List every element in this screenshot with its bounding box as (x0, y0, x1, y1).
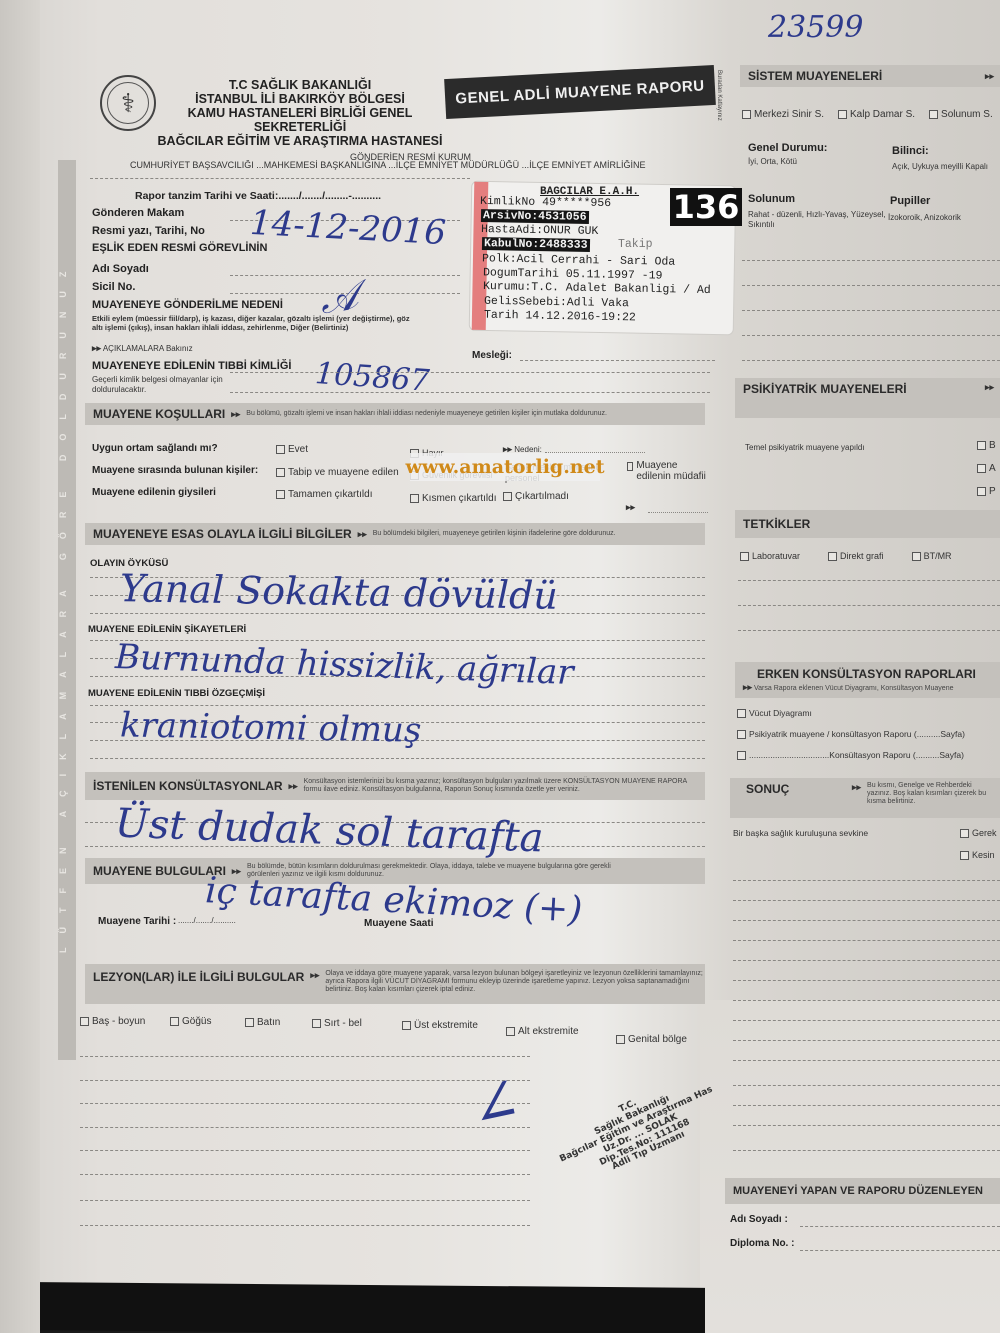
double-arrow-icon: ▸▸ (310, 970, 319, 981)
dash-line (738, 580, 1000, 581)
respiration-options: Rahat - düzenli, Hızlı-Yavaş, Yüzeysel, … (748, 210, 888, 230)
checkbox-box[interactable] (838, 110, 847, 119)
see-explanations: ▸▸ AÇIKLAMALARA Bakınız (92, 343, 193, 354)
early-consult-note-text: Varsa Rapora eklenen Vücut Diyagramı, Ko… (754, 685, 953, 692)
basic-psych-label: Temel psikiyatrik muayene yapıldı (745, 443, 865, 453)
checkbox-label: Evet (288, 444, 308, 455)
checkbox-label: Sırt - bel (324, 1018, 362, 1029)
lesion-region-checkbox[interactable]: Batın (245, 1017, 280, 1028)
option-psych-report[interactable]: Psikiyatrik muayene / konsültasyon Rapor… (737, 729, 965, 739)
tests-title: TETKİKLER (743, 517, 810, 531)
tests-options: Laboratuvar Direkt grafi BT/MR (740, 551, 952, 561)
referral-label: Bir başka sağlık kuruluşuna sevkine (733, 828, 868, 839)
checkbox-box[interactable] (742, 110, 751, 119)
checkbox-merkezi-sinir[interactable]: Merkezi Sinir S. (742, 109, 824, 120)
checkbox-label: Kısmen çıkartıldı (422, 493, 496, 504)
consultations-header: İSTENİLEN KONSÜLTASYONLAR ▸▸ Konsültasyo… (85, 772, 705, 800)
sticker-line: GelisSebebi:Adli Vaka (483, 295, 628, 311)
lesion-region-checkbox[interactable]: Baş - boyun (80, 1016, 145, 1027)
dash-line (80, 1127, 530, 1128)
checkbox-box[interactable] (737, 730, 746, 739)
lesion-region-checkbox[interactable]: Genital bölge (616, 1034, 687, 1045)
dash-line (738, 630, 1000, 631)
checkbox-label: A (989, 463, 996, 474)
checkbox-box[interactable] (977, 441, 986, 450)
checkbox-label: Gerek (972, 828, 997, 838)
general-status-label: Genel Durumu: (748, 142, 827, 154)
double-arrow-icon: ▸▸ (985, 71, 994, 82)
dash-line (80, 1150, 530, 1151)
dash-line (80, 1080, 530, 1081)
header-line: BAĞCILAR EĞİTİM VE ARAŞTIRMA HASTANESİ (140, 134, 460, 148)
medical-id-note: Geçerli kimlik belgesi olmayanlar için d… (92, 375, 252, 395)
dash-line (733, 880, 1000, 881)
institution-header: T.C SAĞLIK BAKANLIĞI İSTANBUL İLİ BAKIRK… (140, 78, 460, 148)
dash-line (742, 310, 1000, 311)
sender-authority-label: Gönderen Makam (92, 207, 184, 219)
consultations-title: İSTENİLEN KONSÜLTASYONLAR (93, 779, 283, 793)
dash-line (733, 920, 1000, 921)
lesions-header: LEZYON(LAR) İLE İLGİLİ BULGULAR ▸▸ Olaya… (85, 964, 705, 1004)
lesion-region-checkbox[interactable]: Sırt - bel (312, 1018, 362, 1029)
checkbox-box[interactable] (977, 464, 986, 473)
dash-line (733, 1040, 1000, 1041)
dash-line (80, 1200, 530, 1201)
official-letter-label: Resmi yazı, Tarihi, No (92, 225, 205, 237)
double-arrow-icon: ▸▸ (626, 502, 635, 513)
checkbox-fully-undressed[interactable]: Tamamen çıkartıldı (276, 489, 372, 500)
examiner-diploma-field[interactable] (800, 1250, 1000, 1251)
report-datetime-field[interactable]: Rapor tanzim Tarihi ve Saati:......./...… (135, 190, 381, 202)
exam-date-label: Muayene Tarihi : (98, 916, 176, 927)
examiner-header: MUAYENEYİ YAPAN VE RAPORU DÜZENLEYEN (725, 1178, 1000, 1204)
dash-line (80, 1056, 530, 1057)
dash-line (733, 1105, 1000, 1106)
event-info-title: MUAYENEYE ESAS OLAYLA İLGİLİ BİLGİLER (93, 527, 352, 541)
checkbox-label: ..................................Konsül… (749, 750, 964, 760)
escort-heading: EŞLİK EDEN RESMİ GÖREVLİNİN (92, 242, 267, 254)
dash-line (80, 1103, 530, 1104)
system-exams-title: SİSTEM MUAYENELERİ (748, 69, 882, 83)
checkbox-label: Kesin (972, 850, 995, 860)
signature-scribble: 𝒜 (317, 273, 361, 324)
early-consult-options: Vücut Diyagramı Psikiyatrik muayene / ko… (737, 708, 965, 760)
checkbox-box[interactable] (402, 1021, 411, 1030)
exam-time-label: Muayene Saati (364, 918, 433, 929)
queue-number-badge: 136 (670, 188, 742, 226)
condition-label: Muayene sırasında bulunan kişiler: (92, 465, 258, 476)
dash-line (230, 372, 710, 373)
checkbox-label: Laboratuvar (752, 551, 800, 561)
sticker-line: HastaAdi:ONUR GUK (481, 223, 599, 238)
handwritten-reference: 23599 (768, 10, 863, 45)
condition-label: Uygun ortam sağlandı mı? (92, 443, 218, 454)
double-arrow-icon: ▸▸ (743, 682, 752, 692)
escort-name-label: Adı Soyadı (92, 263, 149, 275)
test-direkt-grafi[interactable]: Direkt grafi (828, 551, 884, 561)
dash-line (733, 940, 1000, 941)
referral-option-kesin[interactable]: Kesin (960, 850, 997, 860)
sender-line: CUMHURİYET BAŞSAVCILIĞI ...MAHKEMESİ BAŞ… (130, 160, 660, 171)
checkbox-label: BT/MR (924, 551, 952, 561)
escort-registry-label: Sicil No. (92, 281, 135, 293)
early-consult-title: ERKEN KONSÜLTASYON RAPORLARI (757, 667, 976, 681)
checkbox-box[interactable] (616, 1035, 625, 1044)
header-line: T.C SAĞLIK BAKANLIĞI (140, 78, 460, 92)
result-note: Bu kısmı, Genelge ve Rehberdeki yazınız.… (867, 782, 987, 806)
complaints-label: MUAYENE EDİLENİN ŞİKAYETLERİ (88, 624, 246, 635)
checkbox-box[interactable] (960, 851, 969, 860)
dash-line (230, 392, 710, 393)
checkbox-label: Vücut Diyagramı (749, 708, 812, 718)
dash-line (733, 1150, 1000, 1151)
checkbox-label: B (989, 440, 996, 451)
checkbox-label: P (989, 486, 996, 497)
reason-options: Etkili eylem (müessir fiil/darp), iş kaz… (92, 314, 422, 333)
test-laboratuvar[interactable]: Laboratuvar (740, 551, 800, 561)
dash-line (733, 1000, 1000, 1001)
checkbox-label: Genital bölge (628, 1034, 687, 1045)
double-arrow-icon: ▸▸ (852, 782, 861, 793)
checkbox-partially-undressed[interactable]: Kısmen çıkartıldı (410, 493, 496, 504)
checkbox-label: Kalp Damar S. (850, 109, 915, 120)
double-arrow-icon: ▸▸ (289, 781, 298, 792)
checkbox-label: Merkezi Sinir S. (754, 109, 824, 120)
examiner-diploma-label: Diploma No. : (730, 1238, 794, 1249)
psych-option-a[interactable]: A (977, 463, 996, 474)
checkbox-label: Muayene edilenin müdafii (636, 460, 707, 482)
sticker-line: ArsivNo:4531056 (480, 209, 588, 224)
paper-fold-right (700, 1000, 1000, 1333)
medical-id-heading: MUAYENEYE EDİLENİN TIBBİ KİMLİĞİ (92, 360, 291, 372)
checkbox-solunum[interactable]: Solunum S. (929, 109, 993, 120)
checkbox-box[interactable] (276, 490, 285, 499)
checkbox-box[interactable] (737, 709, 746, 718)
consultations-note: Konsültasyon istemlerinizi bu kısma yazı… (304, 778, 694, 794)
checkbox-box[interactable] (170, 1017, 179, 1026)
checkbox-box[interactable] (276, 445, 285, 454)
checkbox-box[interactable] (312, 1019, 321, 1028)
checkbox-label: Göğüs (182, 1016, 211, 1027)
general-status-options: İyi, Orta, Kötü (748, 157, 797, 167)
checkbox-label: Tabip ve muayene edilen (288, 467, 399, 478)
event-info-note: Bu bölümdeki bilgileri, muayeneye getiri… (373, 530, 616, 538)
referral-options: Gerek Kesin (960, 828, 997, 860)
dash-line (733, 1020, 1000, 1021)
checkbox-box[interactable] (627, 462, 633, 471)
medical-history-value[interactable]: kraniotomi olmuş (120, 705, 422, 750)
reason-heading: MUAYENEYE GÖNDERİLME NEDENİ (92, 299, 283, 311)
occupation-label: Mesleği: (472, 350, 512, 361)
checkbox-box[interactable] (506, 1027, 515, 1036)
checkbox-label: Baş - boyun (92, 1016, 145, 1027)
examiner-title: MUAYENEYİ YAPAN VE RAPORU DÜZENLEYEN (733, 1185, 983, 1197)
side-instruction-strip: LÜTFEN AÇIKLAMALARA GÖRE DOLDURUNUZ (58, 160, 76, 1060)
psych-option-b[interactable]: B (977, 440, 996, 451)
medical-history-label: MUAYENE EDİLENİN TIBBİ ÖZGEÇMİŞİ (88, 688, 265, 699)
checkbox-box[interactable] (960, 829, 969, 838)
history-value[interactable]: Yanal Sokakta dövüldü (120, 566, 559, 618)
checkbox-not-undressed[interactable]: Çıkartılmadı (503, 491, 569, 502)
checkbox-box[interactable] (977, 487, 986, 496)
sticker-line: Tarih 14.12.2016-19:22 (484, 309, 636, 325)
checkbox-box[interactable] (503, 492, 512, 501)
early-consult-note: ▸▸ Varsa Rapora eklenen Vücut Diyagramı,… (743, 682, 953, 693)
sticker-line: KimlikNo 49*****956 (480, 195, 611, 210)
header-line: KAMU HASTANELERİ BİRLİĞİ GENEL SEKRETERL… (140, 106, 460, 134)
dash-line (738, 605, 1000, 606)
table-surface (40, 1282, 705, 1333)
system-exam-checkboxes: Merkezi Sinir S. Kalp Damar S. Solunum S… (742, 109, 993, 120)
checkbox-box[interactable] (737, 751, 746, 760)
system-exams-header: SİSTEM MUAYENELERİ ▸▸ (740, 65, 1000, 87)
psychiatric-title: PSİKİYATRİK MUAYENELERİ (743, 382, 907, 396)
checkbox-defense-counsel[interactable]: Muayene edilenin müdafii (627, 460, 707, 482)
examiner-name-label: Adı Soyadı : (730, 1214, 788, 1225)
checkbox-label: Çıkartılmadı (515, 491, 569, 502)
checkbox-box[interactable] (245, 1018, 254, 1027)
checkbox-box[interactable] (740, 552, 749, 561)
checkbox-box[interactable] (410, 494, 419, 503)
checkbox-label: Batın (257, 1017, 280, 1028)
psych-options: B A P (977, 440, 996, 497)
dash-line (733, 900, 1000, 901)
defense-field[interactable] (648, 512, 708, 513)
psychiatric-header: PSİKİYATRİK MUAYENELERİ ▸▸ (735, 378, 1000, 418)
checkbox-evet[interactable]: Evet (276, 444, 308, 455)
double-arrow-icon: ▸▸ (92, 343, 101, 353)
examiner-name-field[interactable] (800, 1226, 1000, 1227)
dash-line (80, 1174, 530, 1175)
event-info-header: MUAYENEYE ESAS OLAYLA İLGİLİ BİLGİLER ▸▸… (85, 523, 705, 545)
condition-label: Muayene edilenin giysileri (92, 487, 216, 498)
option-consult-report[interactable]: ..................................Konsül… (737, 750, 965, 760)
pupils-options: İzokoroik, Anizokorik (888, 213, 961, 223)
consciousness-label: Bilinci: (892, 145, 929, 157)
checkbox-label: Solunum S. (941, 109, 993, 120)
result-title: SONUÇ (746, 782, 846, 796)
lesion-region-checkbox[interactable]: Göğüs (170, 1016, 211, 1027)
see-explanations-text: AÇIKLAMALARA Bakınız (103, 344, 193, 353)
dash-line (90, 758, 705, 759)
dash-line (742, 360, 1000, 361)
watermark: www.amatorlig.net (410, 453, 600, 481)
early-consult-header: ERKEN KONSÜLTASYON RAPORLARI ▸▸ Varsa Ra… (735, 662, 1000, 698)
dash-line (742, 285, 1000, 286)
test-bt-mr[interactable]: BT/MR (912, 551, 952, 561)
header-line: İSTANBUL İLİ BAKIRKÖY BÖLGESİ (140, 92, 460, 106)
option-body-diagram[interactable]: Vücut Diyagramı (737, 708, 965, 718)
checkbox-box[interactable] (276, 468, 285, 477)
checkbox-box[interactable] (912, 552, 921, 561)
lesions-title: LEZYON(LAR) İLE İLGİLİ BULGULAR (93, 970, 304, 984)
paper-left-edge (0, 0, 40, 1333)
dash-line (742, 335, 1000, 336)
lesions-note: Olaya ve iddaya göre muayene yaparak, va… (325, 970, 705, 994)
fold-hint: Buradan Katlayınız (716, 70, 722, 121)
checkbox-physician-patient[interactable]: Tabip ve muayene edilen (276, 467, 399, 478)
dash-line (733, 1060, 1000, 1061)
checkbox-label: Tamamen çıkartıldı (288, 489, 372, 500)
psych-option-p[interactable]: P (977, 486, 996, 497)
double-arrow-icon: ▸▸ (358, 529, 367, 540)
dash-line (733, 1085, 1000, 1086)
sticker-line-suffix: Takip (618, 238, 653, 251)
referral-option-gerek[interactable]: Gerek (960, 828, 997, 838)
dash-line (80, 1225, 530, 1226)
checkbox-label: Psikiyatrik muayene / konsültasyon Rapor… (749, 729, 965, 739)
conditions-header: MUAYENE KOŞULLARI ▸▸ Bu bölümü, gözaltı … (85, 403, 705, 425)
dash-line (733, 980, 1000, 981)
pupils-label: Pupiller (890, 195, 930, 207)
result-header: SONUÇ ▸▸ Bu kısmı, Genelge ve Rehberdeki… (730, 778, 1000, 818)
checkbox-label: Üst ekstremite (414, 1020, 478, 1031)
tests-header: TETKİKLER (735, 510, 1000, 538)
divider (90, 178, 470, 179)
consciousness-options: Açık, Uykuya meyilli Kapalı (892, 162, 992, 172)
double-arrow-icon: ▸▸ (231, 409, 240, 420)
checkbox-kalp-damar[interactable]: Kalp Damar S. (838, 109, 915, 120)
dash-line (733, 960, 1000, 961)
lesion-region-checkbox[interactable]: Alt ekstremite (506, 1026, 579, 1037)
double-arrow-icon: ▸▸ (985, 382, 994, 393)
checkbox-label: Direkt grafi (840, 551, 884, 561)
conditions-title: MUAYENE KOŞULLARI (93, 407, 225, 421)
checkbox-box[interactable] (80, 1017, 89, 1026)
checkbox-label: Alt ekstremite (518, 1026, 579, 1037)
lesion-region-checkbox[interactable]: Üst ekstremite (402, 1020, 478, 1031)
checkbox-box[interactable] (929, 110, 938, 119)
checkbox-box[interactable] (828, 552, 837, 561)
dash-line (742, 260, 1000, 261)
occupation-field[interactable] (520, 360, 715, 361)
respiration-label: Solunum (748, 193, 795, 205)
conditions-note: Bu bölümü, gözaltı işlemi ve insan hakla… (246, 410, 607, 418)
dash-line (733, 1125, 1000, 1126)
exam-date-field[interactable]: ......./......./.......... (178, 916, 236, 926)
sticker-line: KabulNo:2488333 (481, 237, 589, 252)
